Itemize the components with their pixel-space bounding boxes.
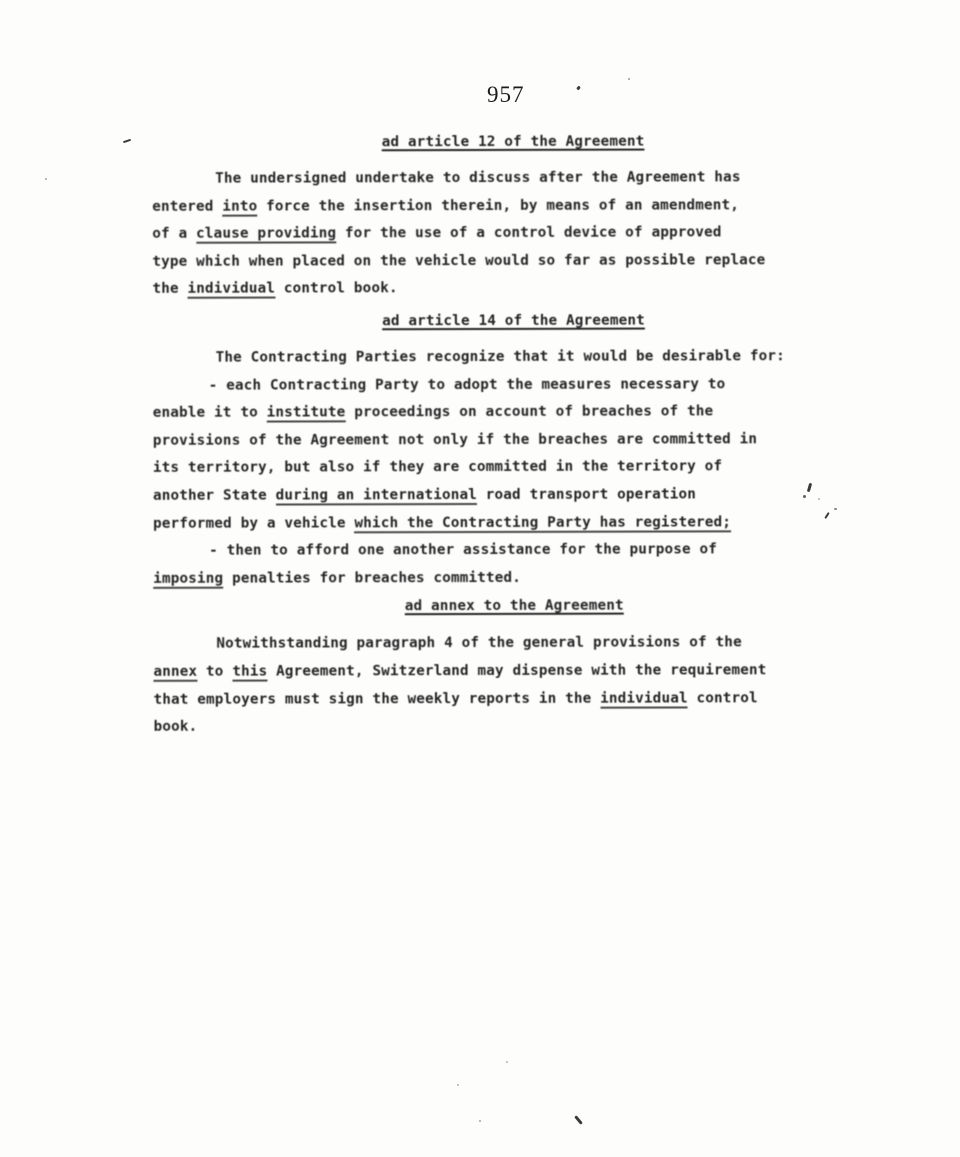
- text-segment: control: [688, 690, 758, 706]
- ink-speck: [479, 1120, 481, 1122]
- text-line: entered into force the insertion therein…: [152, 192, 802, 221]
- ink-speck: [834, 508, 837, 510]
- underlined-text: individual: [600, 690, 688, 708]
- text-line: performed by a vehicle which the Contrac…: [153, 509, 803, 538]
- text-line: annex to this Agreement, Switzerland may…: [153, 657, 803, 686]
- text-segment: book.: [154, 719, 198, 735]
- ink-speck: [574, 1115, 583, 1125]
- text-line: provisions of the Agreement not only if …: [153, 426, 803, 455]
- text-segment: another State: [153, 487, 276, 503]
- text-line: another State during an international ro…: [153, 481, 803, 510]
- text-line: The Contracting Parties recognize that i…: [153, 343, 803, 372]
- ink-speck: [824, 512, 829, 519]
- text-segment: proceedings on account of breaches of th…: [345, 404, 713, 421]
- text-line: enable it to institute proceedings on ac…: [153, 398, 803, 427]
- text-line: type which when placed on the vehicle wo…: [152, 247, 802, 276]
- text-line: book.: [154, 712, 804, 741]
- text-segment: road transport operation: [477, 486, 696, 503]
- text-line: the individual control book.: [152, 275, 802, 304]
- document-section: ad article 14 of the AgreementThe Contra…: [152, 306, 803, 593]
- ink-speck: [807, 483, 812, 492]
- underlined-text: during an international: [276, 487, 477, 506]
- text-segment: control book.: [275, 281, 398, 297]
- text-segment: that employers must sign the weekly repo…: [153, 690, 600, 707]
- text-segment: The undersigned undertake to discuss aft…: [215, 169, 740, 186]
- section-heading: ad article 14 of the Agreement: [152, 306, 802, 336]
- document-body: ad article 12 of the AgreementThe unders…: [152, 119, 804, 741]
- text-segment: enable it to: [153, 405, 267, 421]
- underlined-text: this: [232, 663, 267, 681]
- scanned-document-page: 957 ad article 12 of the AgreementThe un…: [0, 0, 960, 1157]
- text-segment: of a: [152, 226, 196, 242]
- text-line: Notwithstanding paragraph 4 of the gener…: [153, 629, 803, 658]
- text-segment: - each Contracting Party to adopt the me…: [209, 376, 726, 393]
- underlined-text: annex: [153, 664, 197, 682]
- text-segment: The Contracting Parties recognize that i…: [216, 348, 785, 365]
- text-segment: the: [152, 281, 187, 297]
- text-segment: entered: [152, 198, 222, 214]
- text-line: its territory, but also if they are comm…: [153, 453, 803, 482]
- text-segment: type which when placed on the vehicle wo…: [152, 252, 765, 270]
- text-line: imposing penalties for breaches committe…: [153, 564, 803, 593]
- underlined-text: clause providing: [196, 226, 336, 244]
- ink-speck: [818, 498, 820, 500]
- text-segment: Notwithstanding paragraph 4 of the gener…: [216, 635, 741, 652]
- document-section: ad annex to the AgreementNotwithstanding…: [153, 591, 803, 741]
- ink-speck: [506, 1061, 508, 1063]
- underlined-text: which the Contracting Party has register…: [354, 514, 731, 533]
- text-segment: Agreement, Switzerland may dispense with…: [267, 662, 766, 679]
- text-line: of a clause providing for the use of a c…: [152, 219, 802, 248]
- section-heading: ad annex to the Agreement: [153, 591, 803, 621]
- ink-speck: [457, 1084, 459, 1086]
- underlined-text: imposing: [153, 570, 223, 588]
- ink-speck: [803, 495, 806, 498]
- underlined-text: into: [222, 198, 257, 216]
- text-line: that employers must sign the weekly repo…: [153, 685, 803, 714]
- text-segment: - then to afford one another assistance …: [209, 541, 717, 558]
- text-segment: to: [197, 664, 232, 680]
- text-line: - each Contracting Party to adopt the me…: [153, 371, 803, 400]
- ink-speck: [45, 178, 47, 180]
- text-segment: its territory, but also if they are comm…: [153, 459, 722, 476]
- ink-speck: [628, 78, 630, 80]
- underlined-text: individual: [187, 281, 275, 299]
- document-section: ad article 12 of the AgreementThe unders…: [152, 127, 802, 304]
- page-number: 957: [487, 82, 525, 108]
- underlined-text: institute: [267, 405, 346, 423]
- section-heading: ad article 12 of the Agreement: [152, 127, 802, 157]
- text-segment: performed by a vehicle: [153, 515, 354, 532]
- text-segment: penalties for breaches committed.: [223, 570, 521, 587]
- text-line: The undersigned undertake to discuss aft…: [152, 164, 802, 193]
- text-line: - then to afford one another assistance …: [153, 536, 803, 565]
- ink-speck: [123, 139, 131, 143]
- text-segment: provisions of the Agreement not only if …: [153, 431, 757, 449]
- text-segment: force the insertion therein, by means of…: [257, 197, 739, 214]
- text-segment: for the use of a control device of appro…: [336, 225, 721, 242]
- ink-speck: [576, 86, 581, 91]
